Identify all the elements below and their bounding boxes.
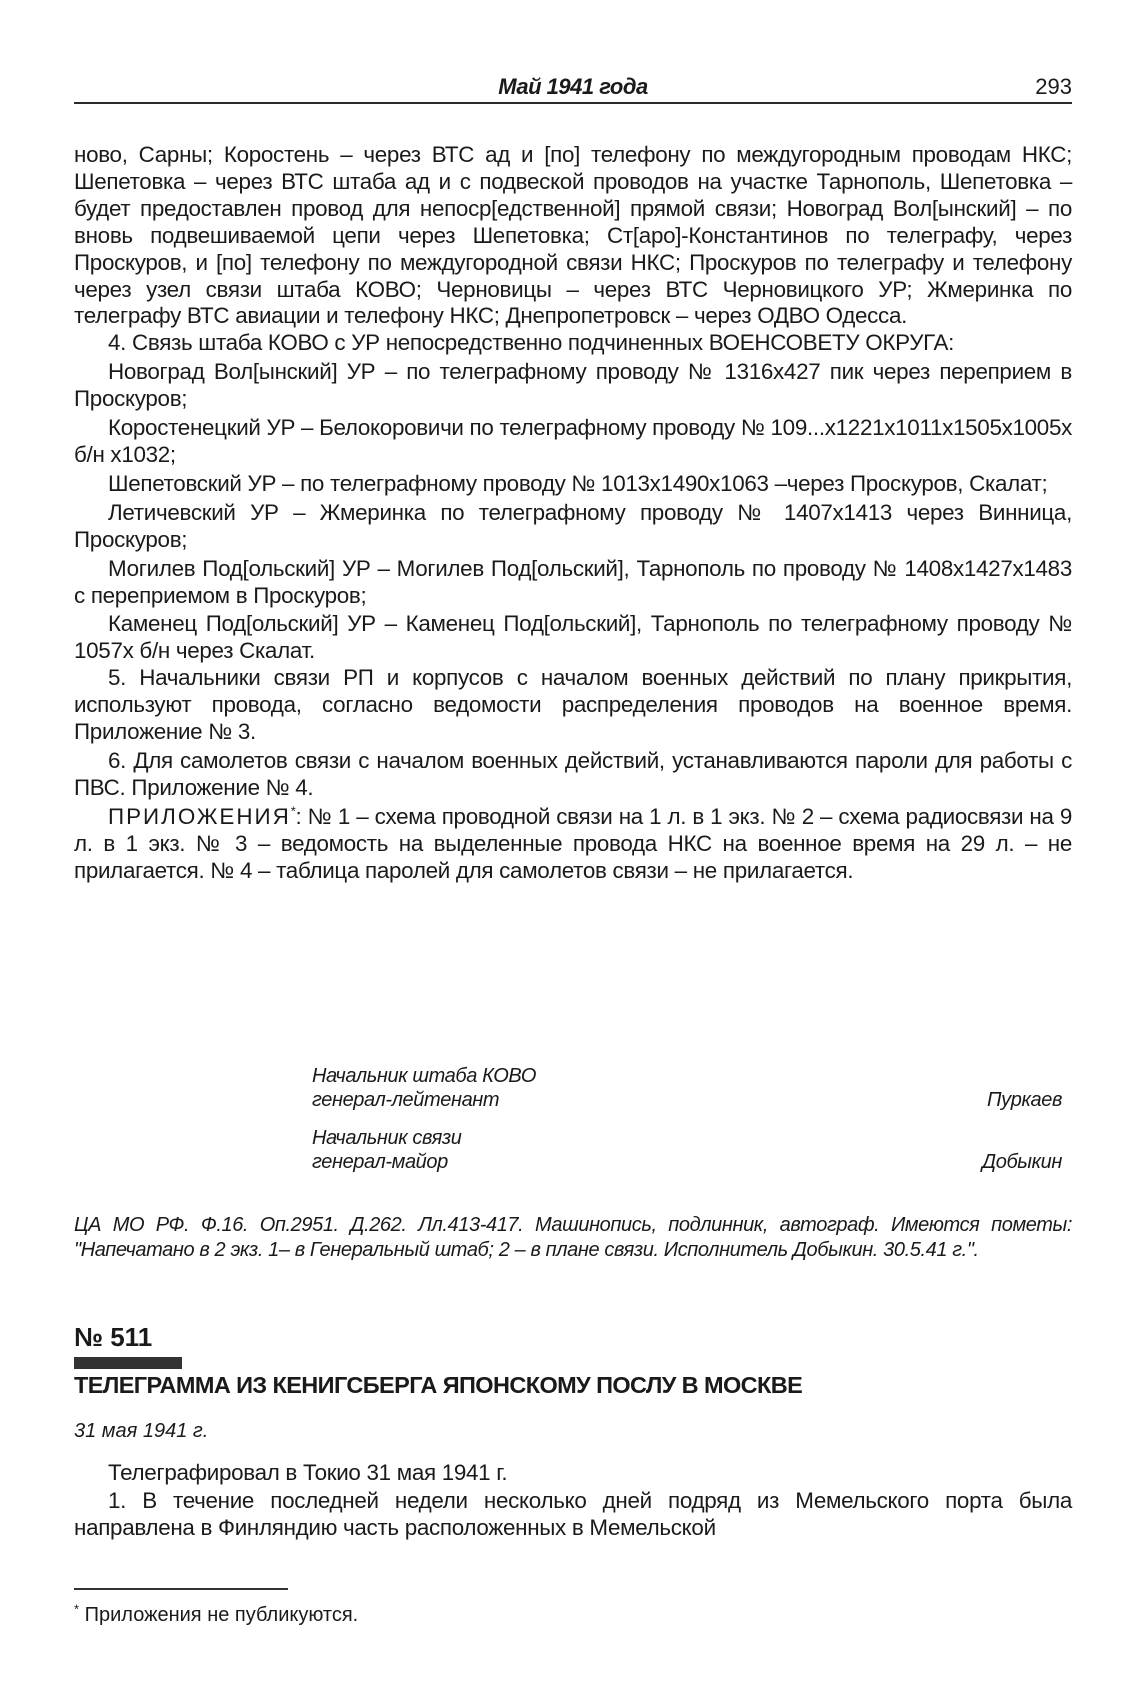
signature-rank: генерал-майор [312, 1150, 1072, 1174]
appendix-label: ПРИЛОЖЕНИЯ [108, 804, 291, 829]
document-511-body: Телеграфировал в Токио 31 мая 1941 г. 1.… [74, 1459, 1072, 1542]
paragraph-shepetovka: Шепетовский УР – по телеграфному проводу… [74, 471, 1072, 498]
paragraph-korostenets: Коростенецкий УР – Белокоровичи по телег… [74, 415, 1072, 469]
paragraph-mogilev: Могилев Под[ольский] УР – Могилев Под[ол… [74, 556, 1072, 610]
footnote-marker: * [74, 1601, 79, 1616]
running-title: Май 1941 года [74, 74, 1072, 100]
paragraph-continuation: ново, Сарны; Коростень – через ВТС ад и … [74, 142, 1072, 330]
paragraph-item-5: 5. Начальники связи РП и корпусов с нача… [74, 665, 1072, 746]
paragraph-item-4: 4. Связь штаба КОВО с УР непосредственно… [74, 330, 1072, 357]
signature-name: Добыкин [982, 1150, 1062, 1174]
footnote-divider [74, 1588, 288, 1590]
paragraph-kamenets: Каменец Под[ольский] УР – Каменец Под[ол… [74, 611, 1072, 665]
signature-title: Начальник штаба КОВО [312, 1064, 1072, 1088]
paragraph-appendices: ПРИЛОЖЕНИЯ*: № 1 – схема проводной связи… [74, 804, 1072, 885]
signature-rank: генерал-лейтенант [312, 1088, 1072, 1112]
document-title: ТЕЛЕГРАММА ИЗ КЕНИГСБЕРГА ЯПОНСКОМУ ПОСЛ… [74, 1372, 802, 1399]
footnote: * Приложения не публикуются. [74, 1604, 358, 1627]
archive-source-note: ЦА МО РФ. Ф.16. Оп.2951. Д.262. Лл.413-4… [74, 1213, 1072, 1262]
document-date: 31 мая 1941 г. [74, 1420, 208, 1443]
signature-title: Начальник связи [312, 1126, 1072, 1150]
paragraph-novograd: Новоград Вол[ынский] УР – по телеграфном… [74, 359, 1072, 413]
footnote-text: Приложения не публикуются. [85, 1604, 359, 1626]
paragraph-item-1: 1. В течение последней недели несколько … [74, 1487, 1072, 1542]
signature-section: Начальник штаба КОВО генерал-лейтенант П… [74, 1064, 1072, 1188]
signature-chief-of-staff: Начальник штаба КОВО генерал-лейтенант П… [74, 1064, 1072, 1112]
running-header: Май 1941 года 293 [74, 74, 1072, 104]
page-number: 293 [1035, 74, 1072, 100]
paragraph-telegraphed: Телеграфировал в Токио 31 мая 1941 г. [74, 1459, 1072, 1487]
signature-chief-of-communications: Начальник связи генерал-майор Добыкин [74, 1126, 1072, 1174]
document-number: № 511 [74, 1322, 152, 1353]
paragraph-item-6: 6. Для самолетов связи с началом военных… [74, 748, 1072, 802]
document-number-bar [74, 1357, 182, 1369]
document-body: ново, Сарны; Коростень – через ВТС ад и … [74, 142, 1072, 884]
signature-name: Пуркаев [987, 1088, 1062, 1112]
paragraph-letichev: Летичевский УР – Жмеринка по телеграфном… [74, 500, 1072, 554]
